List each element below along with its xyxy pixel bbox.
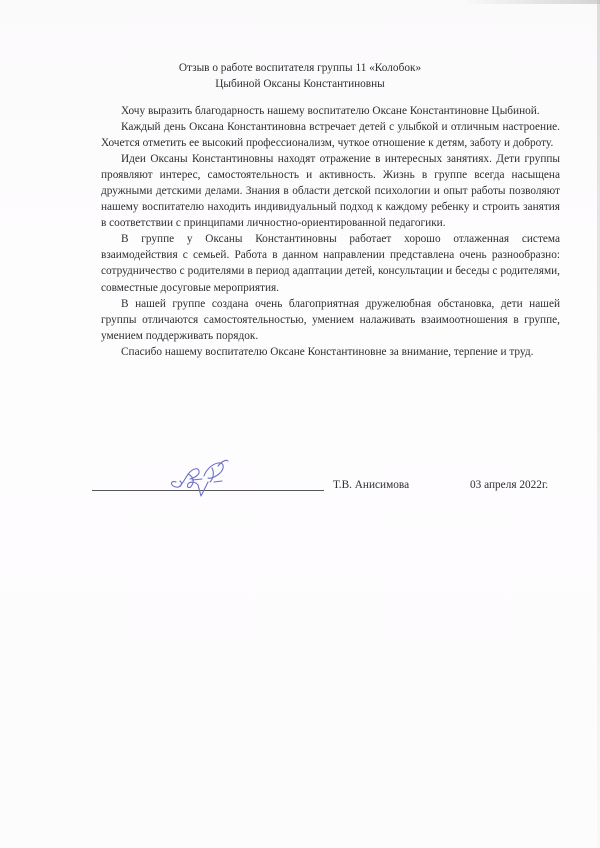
- scan-edge-shadow-top: [460, 0, 600, 4]
- signer-name: Т.В. Анисимова: [333, 479, 409, 491]
- scanned-document-page: Отзыв о работе воспитателя группы 11 «Ко…: [0, 0, 600, 848]
- paragraph-daily-greeting: Каждый день Оксана Константиновна встреч…: [101, 119, 560, 151]
- paragraph-gratitude: Хочу выразить благодарность нашему воспи…: [101, 103, 560, 119]
- title-line-2: Цыбиной Оксаны Константиновны: [0, 76, 600, 92]
- paragraph-ideas: Идеи Оксаны Константиновны находят отраж…: [101, 151, 560, 231]
- paragraph-group-atmosphere: В нашей группе создана очень благоприятн…: [101, 296, 560, 344]
- paragraph-family-interaction: В группе у Оксаны Константиновны работае…: [101, 231, 560, 295]
- title-line-1: Отзыв о работе воспитателя группы 11 «Ко…: [0, 60, 600, 76]
- document-title: Отзыв о работе воспитателя группы 11 «Ко…: [0, 60, 600, 92]
- signature-date: 03 апреля 2022г.: [470, 479, 548, 491]
- paragraph-thanks: Спасибо нашему воспитателю Оксане Конста…: [101, 344, 560, 360]
- handwritten-signature-icon: [168, 452, 238, 500]
- signature-block: Т.В. Анисимова 03 апреля 2022г.: [92, 478, 562, 498]
- document-body: Хочу выразить благодарность нашему воспи…: [101, 103, 560, 360]
